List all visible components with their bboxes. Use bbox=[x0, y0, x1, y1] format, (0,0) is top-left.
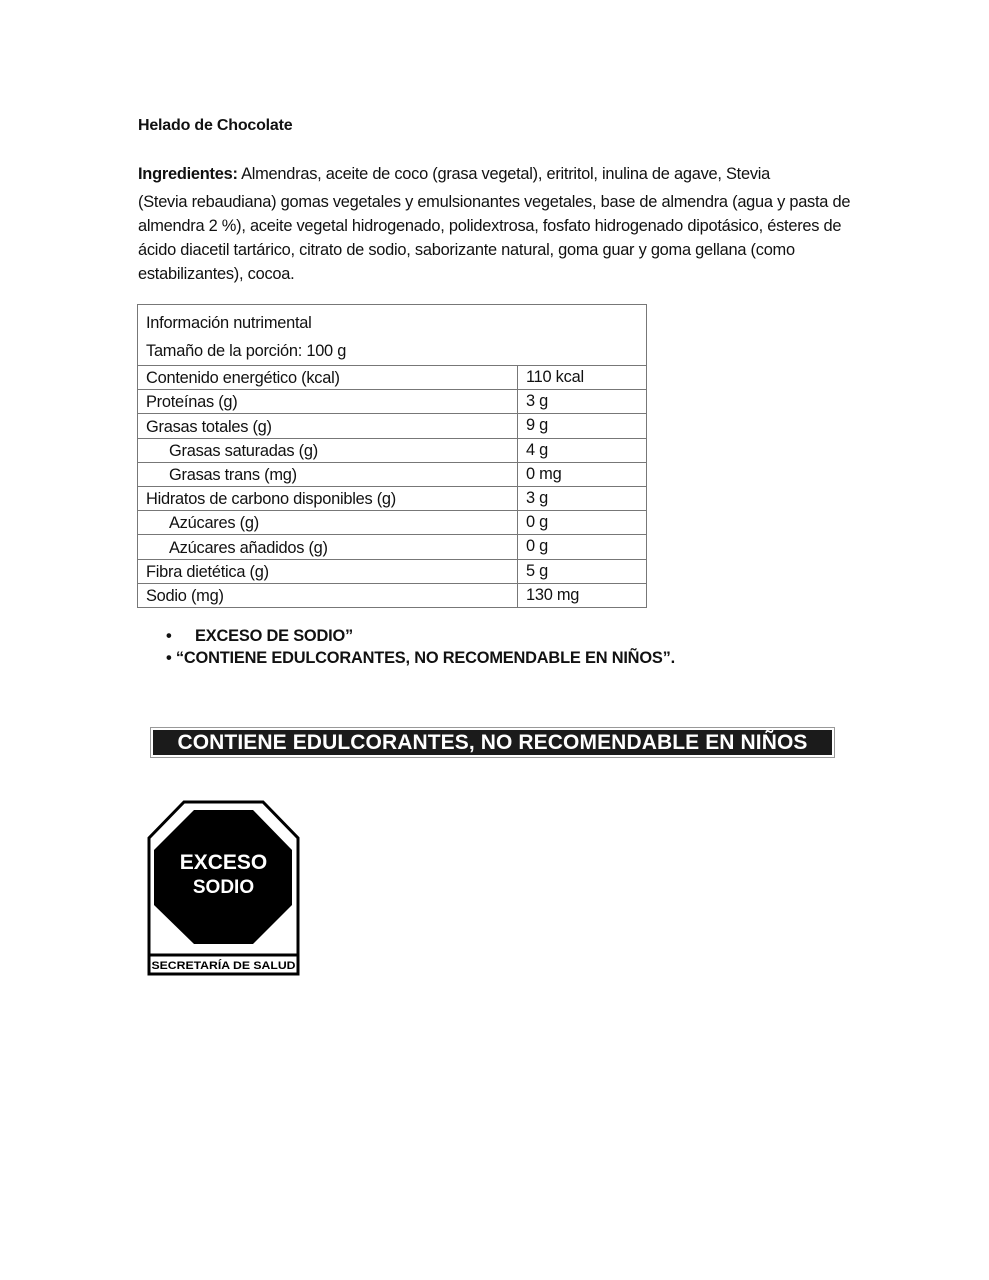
svg-text:SECRETARÍA DE SALUD: SECRETARÍA DE SALUD bbox=[152, 959, 296, 972]
nutrition-row: Hidratos de carbono disponibles (g)3 g bbox=[138, 486, 647, 510]
nutrition-row: Grasas saturadas (g)4 g bbox=[138, 438, 647, 462]
nutrient-label: Azúcares (g) bbox=[138, 511, 518, 535]
nutrient-label: Grasas totales (g) bbox=[138, 414, 518, 438]
nutrition-row: Contenido energético (kcal)110 kcal bbox=[138, 366, 647, 390]
svg-text:EXCESO: EXCESO bbox=[180, 851, 268, 874]
nutrition-header: Información nutrimental bbox=[146, 309, 638, 337]
nutrient-label: Azúcares añadidos (g) bbox=[138, 535, 518, 559]
product-title: Helado de Chocolate bbox=[138, 117, 292, 135]
bullet: • bbox=[166, 625, 195, 647]
nutrient-value: 3 g bbox=[518, 486, 647, 510]
sweetener-warning-banner: CONTIENE EDULCORANTES, NO RECOMENDABLE E… bbox=[150, 727, 835, 758]
warning-item: •EXCESO DE SODIO” bbox=[166, 625, 675, 647]
nutrient-label: Grasas trans (mg) bbox=[138, 462, 518, 486]
ingredients-rest: (Stevia rebaudiana) gomas vegetales y em… bbox=[138, 193, 850, 283]
ingredients-paragraph: Ingredientes: Almendras, aceite de coco … bbox=[138, 162, 858, 286]
nutrient-value: 3 g bbox=[518, 390, 647, 414]
nutrition-row: Grasas totales (g)9 g bbox=[138, 414, 647, 438]
warning-item: • “CONTIENE EDULCORANTES, NO RECOMENDABL… bbox=[166, 647, 675, 669]
nutrient-label: Hidratos de carbono disponibles (g) bbox=[138, 486, 518, 510]
nutrition-header-cell: Información nutrimental Tamaño de la por… bbox=[138, 305, 647, 366]
nutrient-value: 0 g bbox=[518, 511, 647, 535]
nutrient-value: 5 g bbox=[518, 559, 647, 583]
nutrition-row: Sodio (mg)130 mg bbox=[138, 583, 647, 607]
nutrient-label: Contenido energético (kcal) bbox=[138, 366, 518, 390]
octagon-seal-icon: EXCESO SODIO SECRETARÍA DE SALUD bbox=[146, 800, 301, 978]
ingredients-line-1: Almendras, aceite de coco (grasa vegetal… bbox=[238, 165, 770, 183]
excess-sodium-seal: EXCESO SODIO SECRETARÍA DE SALUD bbox=[146, 800, 301, 978]
nutrient-value: 0 mg bbox=[518, 462, 647, 486]
nutrition-row: Proteínas (g)3 g bbox=[138, 390, 647, 414]
nutrient-label: Proteínas (g) bbox=[138, 390, 518, 414]
nutrition-row: Fibra dietética (g)5 g bbox=[138, 559, 647, 583]
sweetener-warning-text: CONTIENE EDULCORANTES, NO RECOMENDABLE E… bbox=[153, 730, 832, 755]
nutrition-row: Grasas trans (mg)0 mg bbox=[138, 462, 647, 486]
nutrient-value: 4 g bbox=[518, 438, 647, 462]
nutrient-value: 9 g bbox=[518, 414, 647, 438]
warning-text: “CONTIENE EDULCORANTES, NO RECOMENDABLE … bbox=[176, 649, 675, 667]
nutrient-label: Sodio (mg) bbox=[138, 583, 518, 607]
nutrition-table: Información nutrimental Tamaño de la por… bbox=[137, 304, 647, 608]
nutrition-header-row: Información nutrimental Tamaño de la por… bbox=[138, 305, 647, 366]
svg-text:SODIO: SODIO bbox=[193, 877, 254, 898]
serving-size: Tamaño de la porción: 100 g bbox=[146, 337, 638, 365]
nutrition-row: Azúcares añadidos (g)0 g bbox=[138, 535, 647, 559]
nutrient-value: 130 mg bbox=[518, 583, 647, 607]
nutrient-label: Fibra dietética (g) bbox=[138, 559, 518, 583]
warning-text: EXCESO DE SODIO” bbox=[195, 627, 353, 645]
nutrition-row: Azúcares (g)0 g bbox=[138, 511, 647, 535]
warning-list: •EXCESO DE SODIO” • “CONTIENE EDULCORANT… bbox=[166, 625, 675, 669]
bullet: • bbox=[166, 649, 172, 667]
ingredients-label: Ingredientes: bbox=[138, 165, 238, 183]
nutrient-value: 0 g bbox=[518, 535, 647, 559]
nutrient-value: 110 kcal bbox=[518, 366, 647, 390]
nutrient-label: Grasas saturadas (g) bbox=[138, 438, 518, 462]
